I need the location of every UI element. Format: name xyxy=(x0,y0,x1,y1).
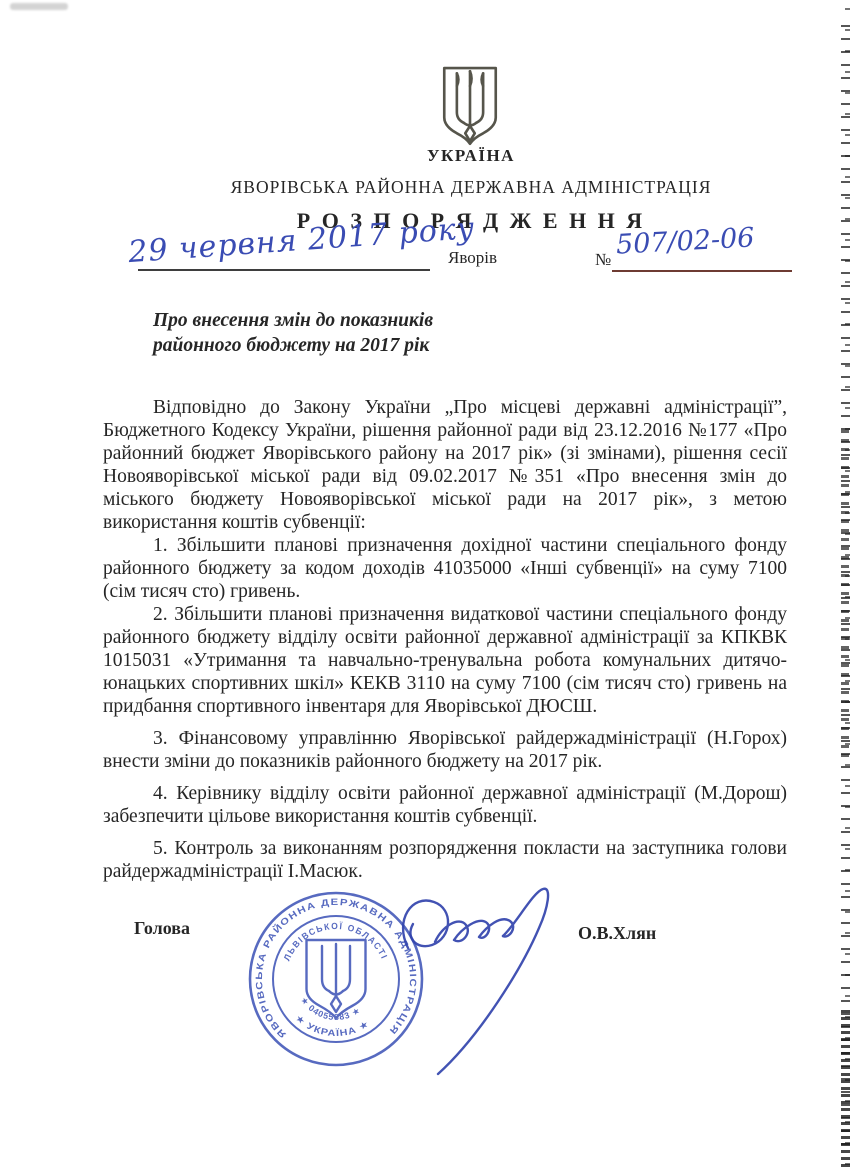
organization-name: ЯВОРІВСЬКА РАЙОННА ДЕРЖАВНА АДМІНІСТРАЦІ… xyxy=(92,177,850,198)
scan-edge-marks xyxy=(837,0,850,1169)
round-stamp: ЯВОРІВСЬКА РАЙОННА ДЕРЖАВНА АДМІНІСТРАЦІ… xyxy=(250,893,422,1065)
document-title-line1: Про внесення змін до показників xyxy=(153,308,513,333)
paragraph-item-3: 3. Фінансовому управлінню Яворівської ра… xyxy=(103,727,787,773)
paragraph-item-2: 2. Збільшити планові призначення видатко… xyxy=(103,603,787,718)
number-underline xyxy=(612,270,792,272)
ukraine-trident-emblem-icon xyxy=(439,64,501,150)
handwritten-number: 507/02-06 xyxy=(615,222,755,260)
document-title: Про внесення змін до показників районног… xyxy=(153,308,513,358)
signer-name: О.В.Хлян xyxy=(578,923,656,944)
handwritten-signature xyxy=(403,889,548,1074)
number-label: № xyxy=(595,250,611,270)
official-stamp-and-signature: ЯВОРІВСЬКА РАЙОННА ДЕРЖАВНА АДМІНІСТРАЦІ… xyxy=(242,886,562,1086)
document-title-line2: районного бюджету на 2017 рік xyxy=(153,333,513,358)
paragraph-preamble: Відповідно до Закону України „Про місцев… xyxy=(103,396,787,534)
scan-smudge xyxy=(10,3,68,10)
svg-text:★ 04055883 ★: ★ 04055883 ★ xyxy=(299,995,363,1022)
stamp-code-text: ★ 04055883 ★ xyxy=(299,995,363,1022)
scanned-document-page: УКРАЇНА ЯВОРІВСЬКА РАЙОННА ДЕРЖАВНА АДМІ… xyxy=(0,0,850,1169)
signer-position: Голова xyxy=(134,918,190,939)
paragraph-item-5: 5. Контроль за виконанням розпорядження … xyxy=(103,837,787,883)
document-body: Відповідно до Закону України „Про місцев… xyxy=(103,396,787,883)
country-name: УКРАЇНА xyxy=(92,146,850,166)
scan-edge-dashes xyxy=(841,1010,850,1169)
paragraph-item-1: 1. Збільшити планові призначення дохідно… xyxy=(103,534,787,603)
scan-edge-dashes xyxy=(841,430,849,760)
date-underline xyxy=(138,269,430,271)
place-name: Яворів xyxy=(448,248,497,268)
paragraph-item-4: 4. Керівнику відділу освіти районної дер… xyxy=(103,782,787,828)
